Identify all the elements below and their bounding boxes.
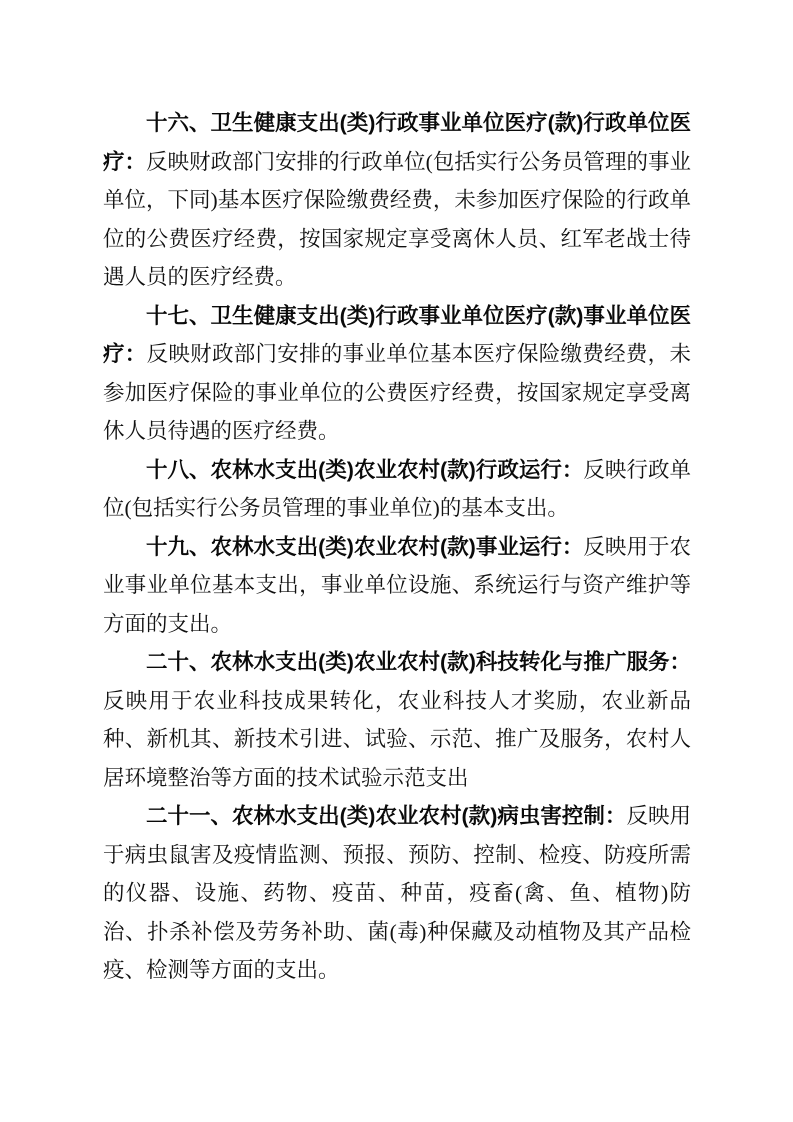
paragraph-21-lead: 二十一、农林水支出(类)农业农村(款)病虫害控制： xyxy=(146,804,626,828)
paragraph-19-lead: 十九、农林水支出(类)农业农村(款)事业运行： xyxy=(146,535,583,559)
document-page: 十六、卫生健康支出(类)行政事业单位医疗(款)行政单位医疗：反映财政部门安排的行… xyxy=(0,0,793,1122)
paragraph-21-body: 反映用于病虫鼠害及疫情监测、预报、预防、控制、检疫、防疫所需的仪器、设施、药物、… xyxy=(103,804,691,982)
paragraph-20: 二十、农林水支出(类)农业农村(款)科技转化与推广服务：反映用于农业科技成果转化… xyxy=(103,643,691,797)
paragraph-17: 十七、卫生健康支出(类)行政事业单位医疗(款)事业单位医疗：反映财政部门安排的事… xyxy=(103,297,691,451)
paragraph-17-body: 反映财政部门安排的事业单位基本医疗保险缴费经费，未参加医疗保险的事业单位的公费医… xyxy=(103,342,691,443)
paragraph-16-body: 反映财政部门安排的行政单位(包括实行公务员管理的事业单位，下同)基本医疗保险缴费… xyxy=(103,150,691,290)
paragraph-18-lead: 十八、农林水支出(类)农业农村(款)行政运行： xyxy=(146,458,583,482)
paragraph-16: 十六、卫生健康支出(类)行政事业单位医疗(款)行政单位医疗：反映财政部门安排的行… xyxy=(103,104,691,297)
paragraph-21: 二十一、农林水支出(类)农业农村(款)病虫害控制：反映用于病虫鼠害及疫情监测、预… xyxy=(103,797,691,990)
paragraph-19: 十九、农林水支出(类)农业农村(款)事业运行：反映用于农业事业单位基本支出，事业… xyxy=(103,528,691,644)
paragraph-20-body: 反映用于农业科技成果转化，农业科技人才奖励，农业新品种、新机其、新技术引进、试验… xyxy=(103,689,691,790)
document-content: 十六、卫生健康支出(类)行政事业单位医疗(款)行政单位医疗：反映财政部门安排的行… xyxy=(103,104,691,990)
paragraph-18: 十八、农林水支出(类)农业农村(款)行政运行：反映行政单位(包括实行公务员管理的… xyxy=(103,451,691,528)
paragraph-20-lead: 二十、农林水支出(类)农业农村(款)科技转化与推广服务： xyxy=(146,650,691,674)
